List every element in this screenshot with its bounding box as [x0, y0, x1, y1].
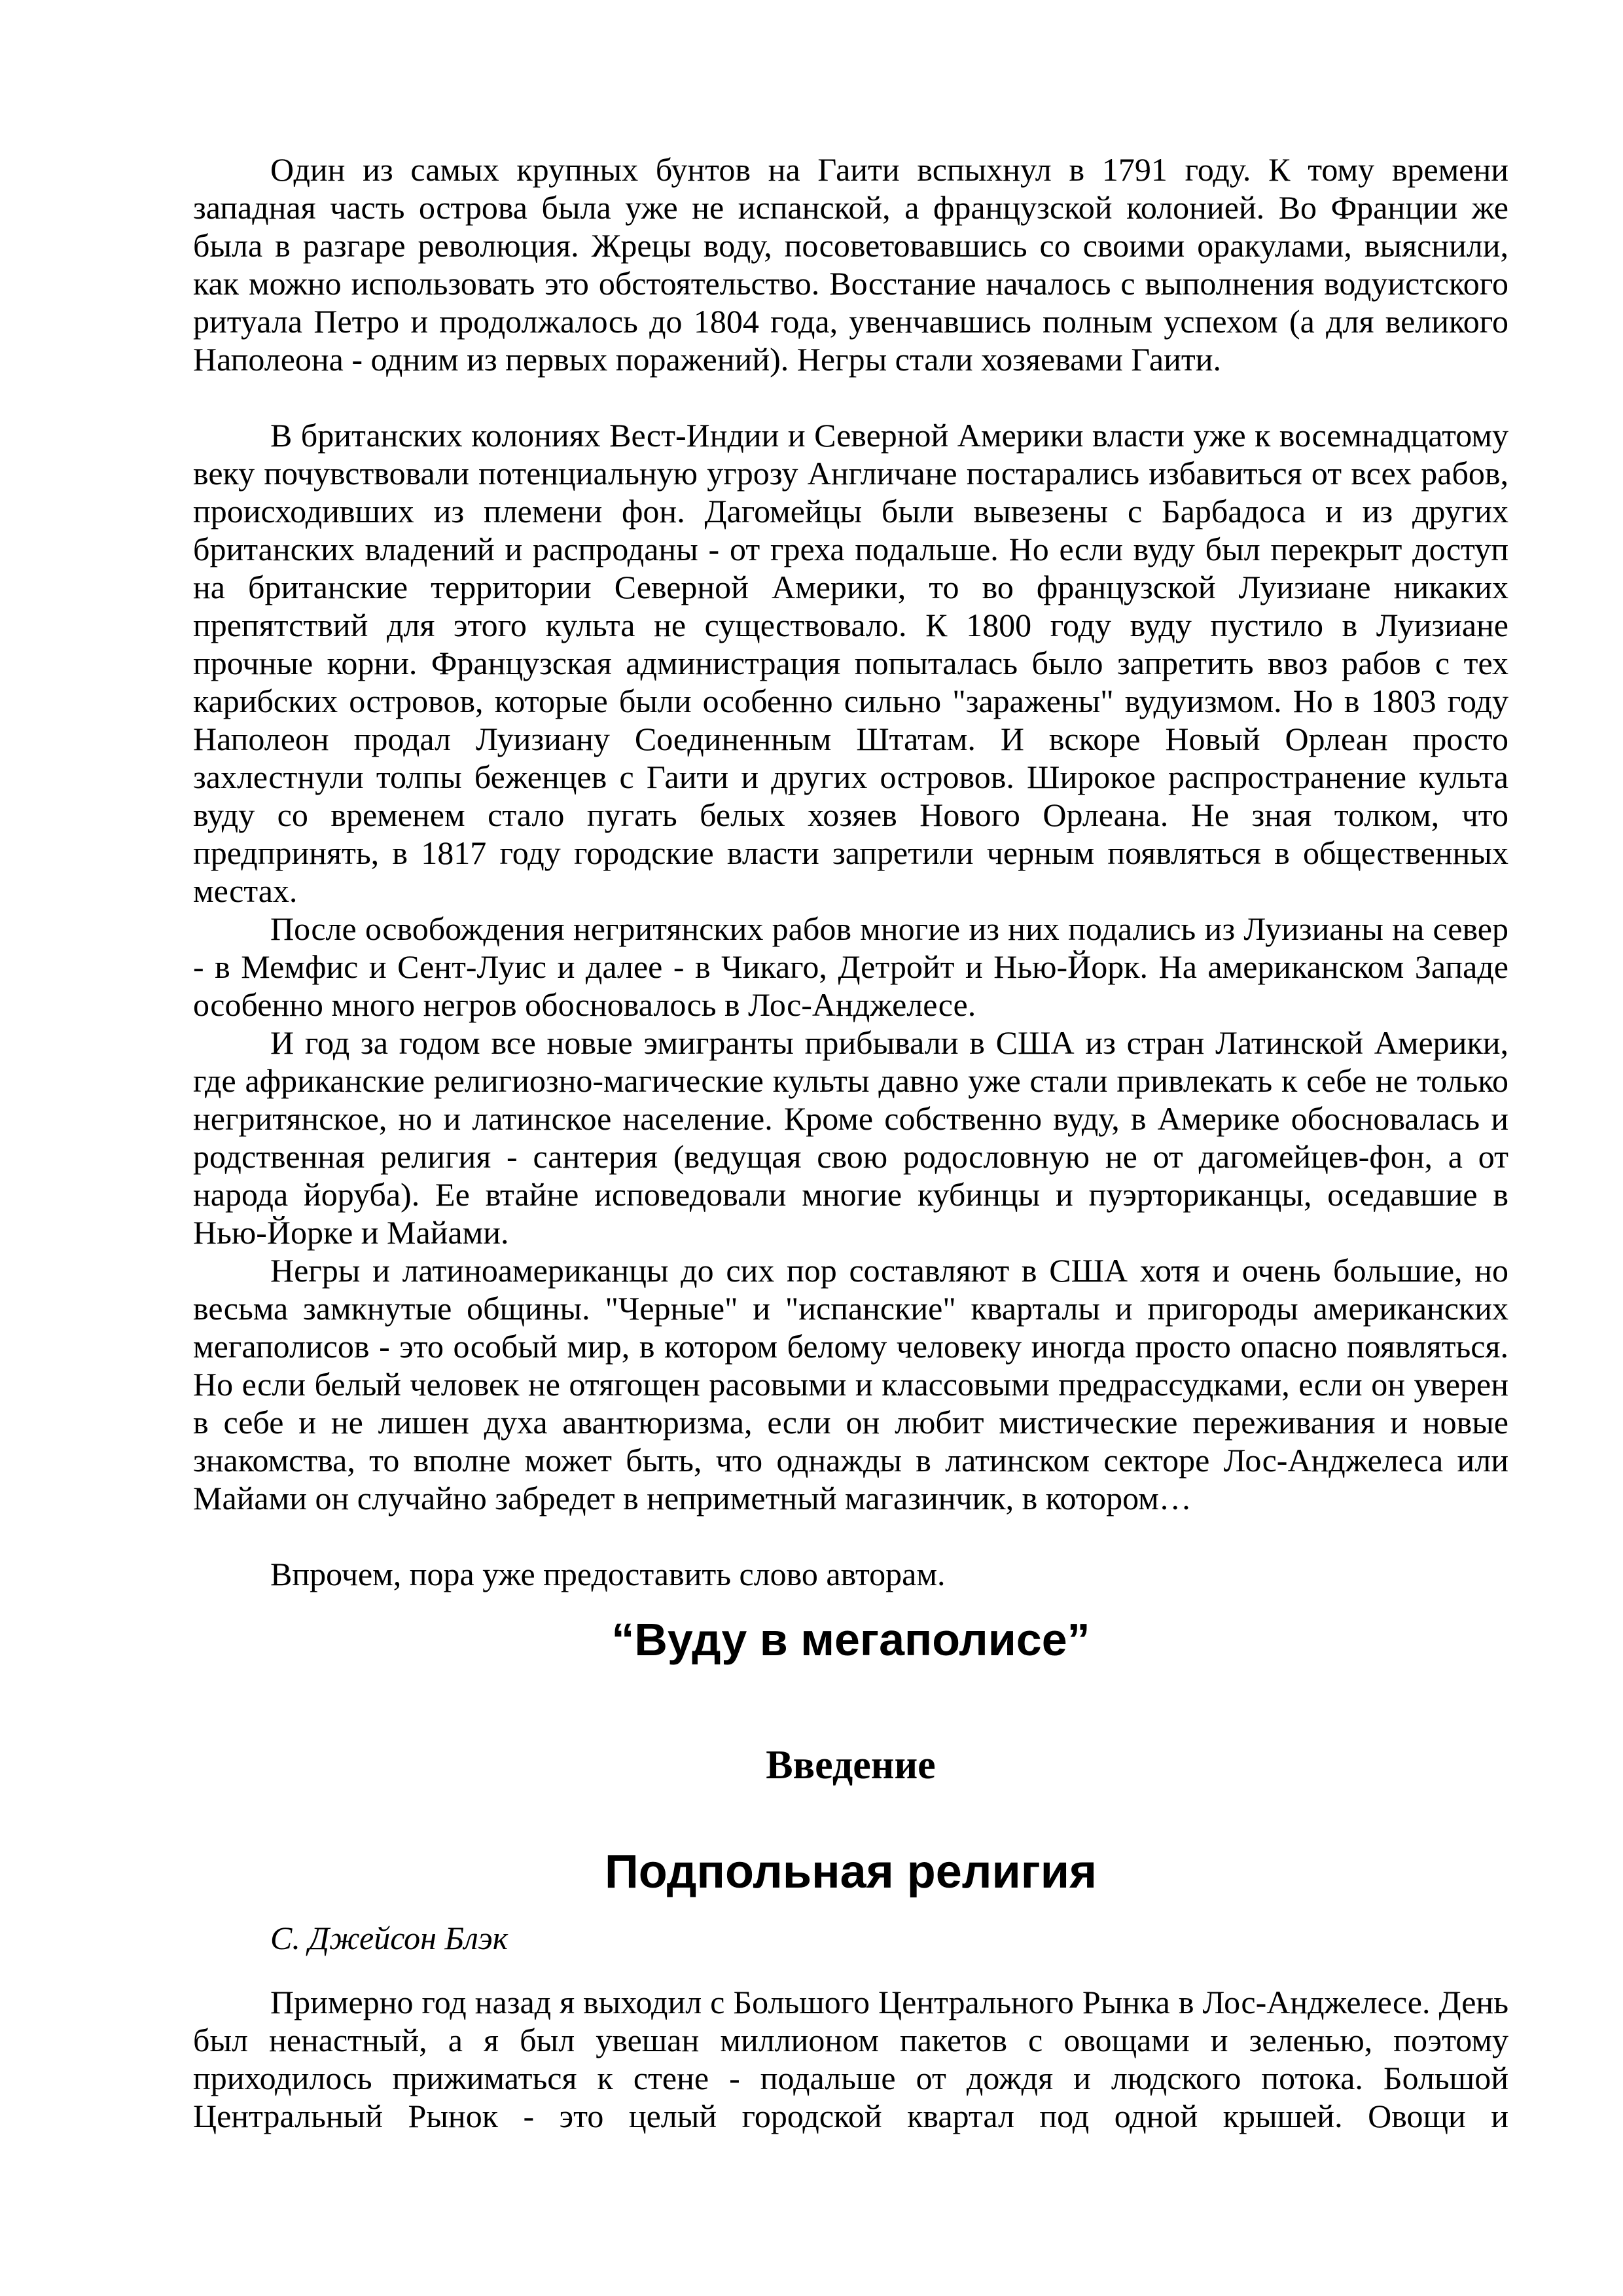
paragraph-latin-emigrants: И год за годом все новые эмигранты прибы…: [193, 1024, 1508, 1251]
paragraph-haiti-uprising: Один из самых крупных бунтов на Гаити вс…: [193, 151, 1508, 378]
paragraph-handover-to-authors: Впрочем, пора уже предоставить слово авт…: [193, 1555, 1508, 1593]
book-title: “Вуду в мегаполисе”: [193, 1613, 1508, 1666]
author-byline: С. Джейсон Блэк: [193, 1919, 1508, 1957]
chapter-heading-underground-religion: Подпольная религия: [193, 1844, 1508, 1899]
paragraph-closed-communities: Негры и латиноамериканцы до сих пор сост…: [193, 1251, 1508, 1517]
document-page: Один из самых крупных бунтов на Гаити вс…: [0, 0, 1623, 2296]
paragraph-grand-central-market: Примерно год назад я выходил с Большого …: [193, 1983, 1508, 2135]
section-heading-introduction: Введение: [193, 1742, 1508, 1789]
paragraph-migration-north: После освобождения негритянских рабов мн…: [193, 910, 1508, 1024]
paragraph-british-colonies: В британских колониях Вест-Индии и Север…: [193, 416, 1508, 910]
